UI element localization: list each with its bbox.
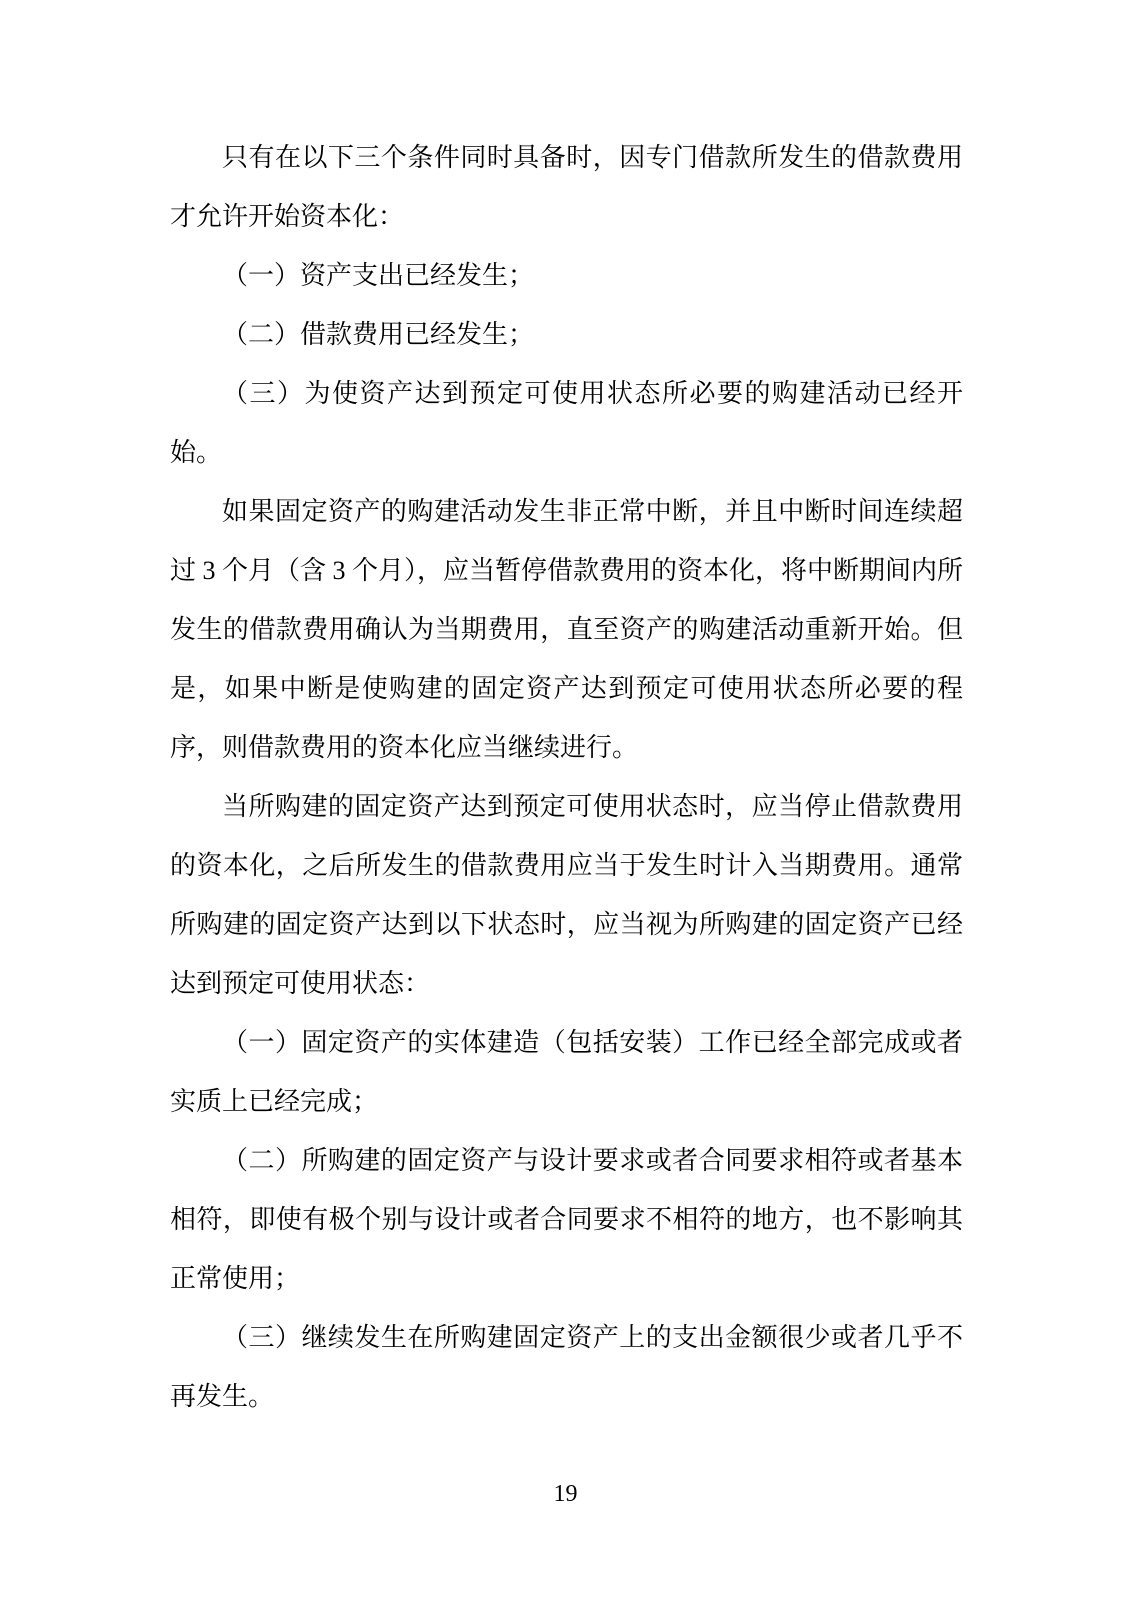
document-body: 只有在以下三个条件同时具备时，因专门借款所发生的借款费用才允许开始资本化： （一… bbox=[170, 128, 963, 1426]
document-page: 只有在以下三个条件同时具备时，因专门借款所发生的借款费用才允许开始资本化： （一… bbox=[0, 0, 1131, 1600]
paragraph-intro: 只有在以下三个条件同时具备时，因专门借款所发生的借款费用才允许开始资本化： bbox=[170, 128, 963, 246]
paragraph-state-1: （一）固定资产的实体建造（包括安装）工作已经全部完成或者实质上已经完成； bbox=[170, 1013, 963, 1131]
paragraph-condition-2: （二）借款费用已经发生； bbox=[170, 305, 963, 364]
paragraph-condition-3: （三）为使资产达到预定可使用状态所必要的购建活动已经开始。 bbox=[170, 364, 963, 482]
page-number: 19 bbox=[0, 1481, 1131, 1508]
paragraph-state-2: （二）所购建的固定资产与设计要求或者合同要求相符或者基本相符，即使有极个别与设计… bbox=[170, 1131, 963, 1308]
paragraph-state-3: （三）继续发生在所购建固定资产上的支出金额很少或者几乎不再发生。 bbox=[170, 1308, 963, 1426]
paragraph-condition-1: （一）资产支出已经发生； bbox=[170, 246, 963, 305]
paragraph-interruption-rule: 如果固定资产的购建活动发生非正常中断，并且中断时间连续超过 3 个月（含 3 个… bbox=[170, 482, 963, 777]
paragraph-stop-capitalization: 当所购建的固定资产达到预定可使用状态时，应当停止借款费用的资本化，之后所发生的借… bbox=[170, 777, 963, 1013]
